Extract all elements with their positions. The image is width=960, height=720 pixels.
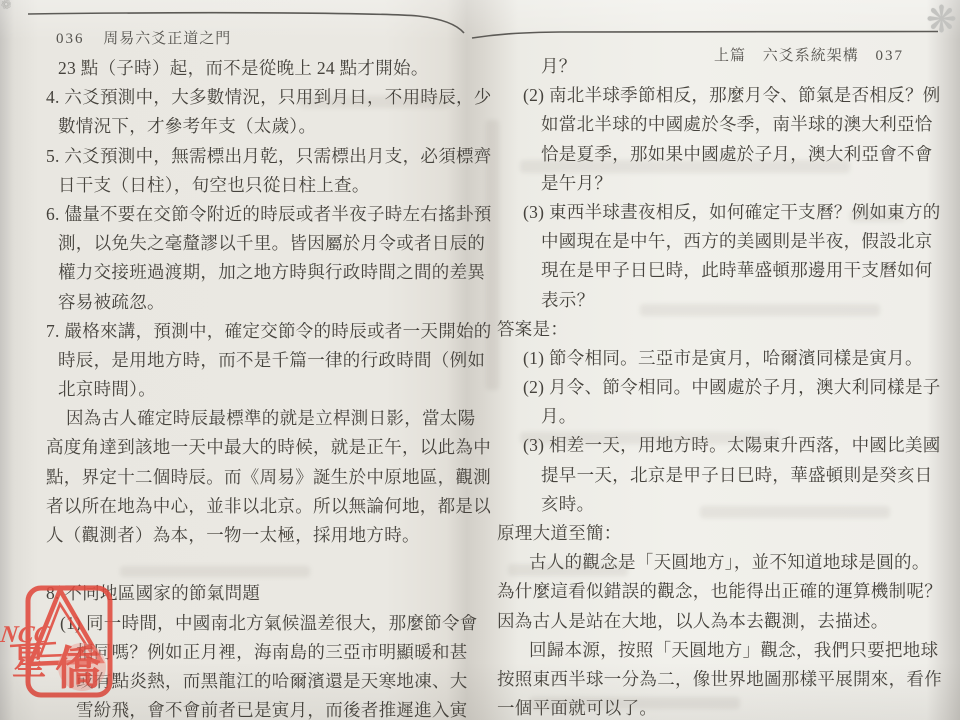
text-line: (1) 節令相同。三亞市是寅月，哈爾濱同樣是寅月。 bbox=[497, 344, 913, 373]
text-line: 人（觀測者）為本，一物一太極，採用地方時。 bbox=[46, 521, 460, 550]
text-line: 者以所在地為中心，並非以北京。所以無論何地，都是以 bbox=[46, 492, 460, 521]
text-line: 月。 bbox=[497, 402, 913, 431]
text-line: 是午月？ bbox=[497, 169, 913, 198]
text-line: 北京時間）。 bbox=[46, 375, 460, 404]
text-line: 原理大道至簡： bbox=[497, 519, 913, 548]
text-line: 日干支（日柱），旬空也只從日柱上查。 bbox=[46, 171, 460, 200]
text-line: 權力交接班過渡期，加之地方時與行政時間之間的差異 bbox=[46, 258, 460, 287]
book-title: 周易六爻正道之門 bbox=[103, 31, 231, 47]
text-line: 6. 儘量不要在交節令附近的時辰或者半夜子時左右搖卦預 bbox=[46, 200, 460, 229]
left-page-header: 036 周易六爻正道之門 bbox=[56, 27, 231, 48]
bleed-through-smudge bbox=[520, 160, 850, 173]
text-line: 答案是： bbox=[497, 315, 913, 344]
text-line: 測，以免失之毫釐謬以千里。皆因屬於月令或者日辰的 bbox=[46, 229, 460, 258]
ncc-red-stamp: NCC 星 僑 bbox=[0, 582, 130, 720]
text-line: 現在是甲子日巳時，此時華盛頓那邊用干支曆如何 bbox=[497, 256, 913, 285]
text-line: 容易被疏忽。 bbox=[46, 288, 460, 317]
text-line: (2) 月令、節令相同。中國處於子月，澳大利同樣是子 bbox=[497, 373, 913, 402]
text-line: 月？ bbox=[497, 52, 913, 81]
text-line: 如當北半球的中國處於冬季，南半球的澳大利亞恰 bbox=[497, 110, 913, 139]
bleed-through-smudge bbox=[530, 697, 740, 709]
right-page-text: 月？(2) 南北半球季節相反，那麼月令、節氣是否相反？例如當北半球的中國處於冬季… bbox=[497, 52, 913, 720]
text-line: (2) 南北半球季節相反，那麼月令、節氣是否相反？例 bbox=[497, 81, 913, 110]
stamp-char-star: 星 bbox=[12, 644, 46, 682]
bleed-through-smudge bbox=[640, 304, 880, 316]
text-line: 回歸本源，按照「天圓地方」觀念，我們只要把地球 bbox=[497, 636, 913, 665]
bleed-through-smudge bbox=[486, 120, 499, 390]
text-line: 按照東西半球一分為二，像世界地圖那樣平展開來，看作 bbox=[497, 665, 913, 694]
bleed-through-smudge bbox=[300, 96, 450, 108]
stamp-char-qiao: 僑 bbox=[55, 643, 101, 694]
bleed-through-smudge bbox=[120, 566, 310, 577]
left-page-number: 036 bbox=[56, 31, 85, 47]
text-line: 提早一天，北京是甲子日巳時，華盛頓則是癸亥日 bbox=[497, 461, 913, 490]
bleed-through-smudge bbox=[700, 506, 890, 518]
snowflake-ornament: ❋ bbox=[926, 0, 957, 41]
bleed-through-smudge bbox=[850, 210, 905, 222]
open-book-photo: ❁ ❋ 036 周易六爻正道之門 23 點（子時）起，而不是從晚上 24 點才開… bbox=[0, 0, 960, 720]
text-line: 因為古人是站在大地，以人為本去觀測，去描述。 bbox=[497, 607, 913, 636]
text-line: 高度角達到該地一天中最大的時候，就是正午，以此為中 bbox=[46, 433, 460, 462]
text-line: 7. 嚴格來講，預測中，確定交節令的時辰或者一天開始的 bbox=[46, 317, 460, 346]
bleed-through-smudge bbox=[508, 564, 628, 576]
text-line: 時辰，是用地方時，而不是千篇一律的行政時間（例如 bbox=[46, 346, 460, 375]
text-line: 23 點（子時）起，而不是從晚上 24 點才開始。 bbox=[46, 54, 460, 83]
text-line: 中國現在是中午，西方的美國則是半夜，假設北京 bbox=[497, 227, 913, 256]
corner-smudge-mark: ❁ bbox=[0, 0, 13, 14]
text-line: 數情況下，才參考年支（太歲）。 bbox=[46, 112, 460, 141]
text-line: 因為古人確定時辰最標準的就是立桿測日影，當太陽 bbox=[46, 404, 460, 433]
text-line: 點，界定十二個時辰。而《周易》誕生於中原地區，觀測 bbox=[46, 463, 460, 492]
bleed-through-smudge bbox=[520, 432, 780, 444]
text-line: 5. 六爻預測中，無需標出月乾，只需標出月支，必須標齊 bbox=[46, 142, 460, 171]
text-line: 為什麼這看似錯誤的觀念，也能得出正確的運算機制呢？ bbox=[497, 577, 913, 606]
